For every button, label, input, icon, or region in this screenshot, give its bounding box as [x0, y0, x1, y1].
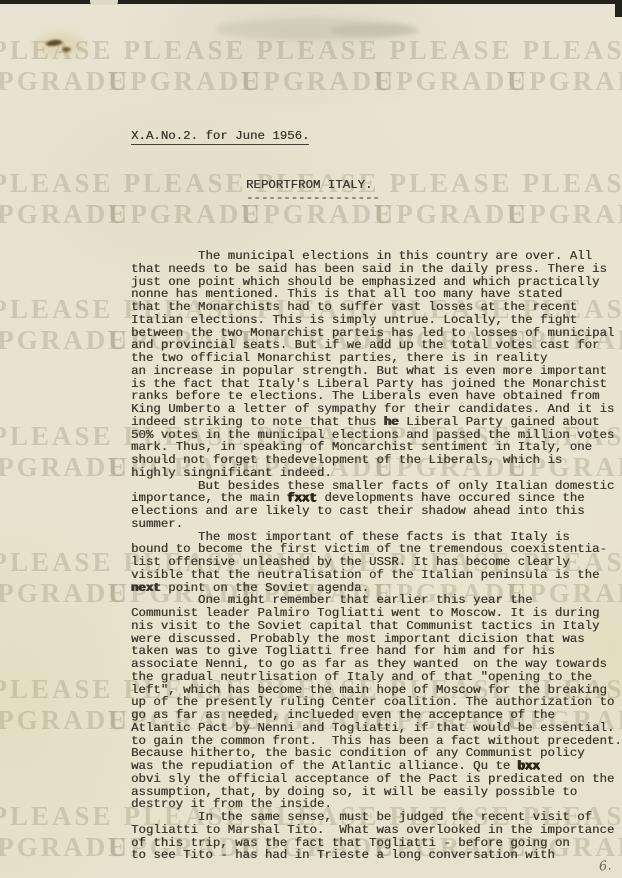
ghost-smudge [330, 24, 420, 37]
watermark-word: UPGRADE [0, 454, 129, 481]
watermark-word: UPGRADE [241, 201, 396, 228]
body-line: summer. [131, 518, 622, 531]
page-number: 6. [598, 858, 612, 874]
title-underline: ------------------ [246, 192, 380, 205]
ink-stain [46, 39, 63, 47]
watermark-word: UPGRADE [0, 707, 129, 734]
body-line: the two official Monarchist parties, the… [131, 352, 622, 365]
watermark-word: UPGRADE [374, 201, 529, 228]
body-line: visible that the neutralisation of the I… [131, 569, 622, 582]
watermark-word: PLEASE [389, 170, 512, 197]
watermark-word: UPGRADE [374, 68, 529, 95]
torn-edge-right [615, 0, 622, 17]
body-line: obvi sly the official acceptance of the … [131, 773, 622, 786]
watermark-word: UPGRADE [0, 580, 129, 607]
ghost-smudge [215, 18, 415, 40]
watermark-word: PLEASE [0, 676, 114, 703]
watermark-word: UPGRADE [241, 68, 396, 95]
scanned-page: PLEASEUPGRADEPLEASEUPGRADEPLEASEUPGRADEP… [0, 4, 622, 878]
body-line: an increase in popular strength. But wha… [131, 365, 622, 378]
watermark-word: UPGRADE [0, 68, 129, 95]
watermark-word: PLEASE [0, 549, 114, 576]
watermark-word: UPGRADE [507, 68, 622, 95]
body-line: indeed striking to note that thus he Lib… [131, 416, 622, 429]
body-line: Atlantic Pact by Nenni and Togliatti, if… [131, 722, 622, 735]
watermark-word: PLEASE [0, 170, 114, 197]
watermark-word: PLEASE [256, 37, 379, 64]
watermark-word: UPGRADE [108, 68, 263, 95]
watermark-word: PLEASE [0, 423, 114, 450]
body-line: King Umberto a letter of sympathy for th… [131, 403, 622, 416]
watermark-word: PLEASE [522, 170, 622, 197]
watermark-word: PLEASE [123, 37, 246, 64]
ink-stain [62, 47, 71, 52]
body-line: associate Nenni, to go as far as they wa… [131, 658, 622, 671]
body-line: the gradual neutrlisation of Italy and o… [131, 671, 622, 684]
body-line: should not forget thedevelopment of the … [131, 454, 622, 467]
body-line: list offensive unleashed by the USSR. It… [131, 556, 622, 569]
watermark-word: UPGRADE [507, 201, 622, 228]
torn-edge-notch [90, 0, 118, 5]
body-line: that the Monarchists had to suffer vast … [131, 301, 622, 314]
body-line: Italian elections. This is simply untrue… [131, 314, 622, 327]
body-text: The municipal elections in this country … [131, 250, 622, 862]
watermark-word: PLEASE [389, 37, 512, 64]
body-line: nis visit to the Soviet capital that Com… [131, 620, 622, 633]
body-line: elections and are likely to cast their s… [131, 505, 622, 518]
body-line: highly singnificant indeed. [131, 467, 622, 480]
body-line: go as far as needed, inclueded even the … [131, 709, 622, 722]
watermark-word: PLEASE [0, 296, 114, 323]
watermark-word: UPGRADE [0, 327, 129, 354]
body-line: Communist leader Palmiro Togliatti went … [131, 607, 622, 620]
watermark-word: PLEASE [0, 803, 114, 830]
watermark-word: UPGRADE [108, 201, 263, 228]
watermark-word: UPGRADE [0, 834, 129, 861]
body-line: Togliatti to Marshal Tito. What was over… [131, 824, 622, 837]
overstruck-word: he [384, 415, 399, 429]
body-line: In the same sense, must be judged the re… [131, 811, 622, 824]
body-line: The municipal elections in this country … [131, 250, 622, 263]
paper-stain [36, 32, 84, 58]
document-reference: X.A.No.2. for June 1956. [131, 129, 309, 145]
watermark-word: PLEASE [522, 37, 622, 64]
body-line: was the repudiation of the Atlantic alli… [131, 760, 622, 773]
watermark-word: UPGRADE [0, 201, 129, 228]
body-line: to see Tito - has had in Trieste a long … [131, 849, 622, 862]
title-block: REPORTFROM ITALY. ------------------ [246, 179, 380, 205]
struck-out-word: bxx [518, 759, 540, 773]
watermark-word: PLEASE [123, 170, 246, 197]
body-line: that needs to be said has been said in t… [131, 263, 622, 276]
watermark-word: PLEASE [0, 37, 114, 64]
